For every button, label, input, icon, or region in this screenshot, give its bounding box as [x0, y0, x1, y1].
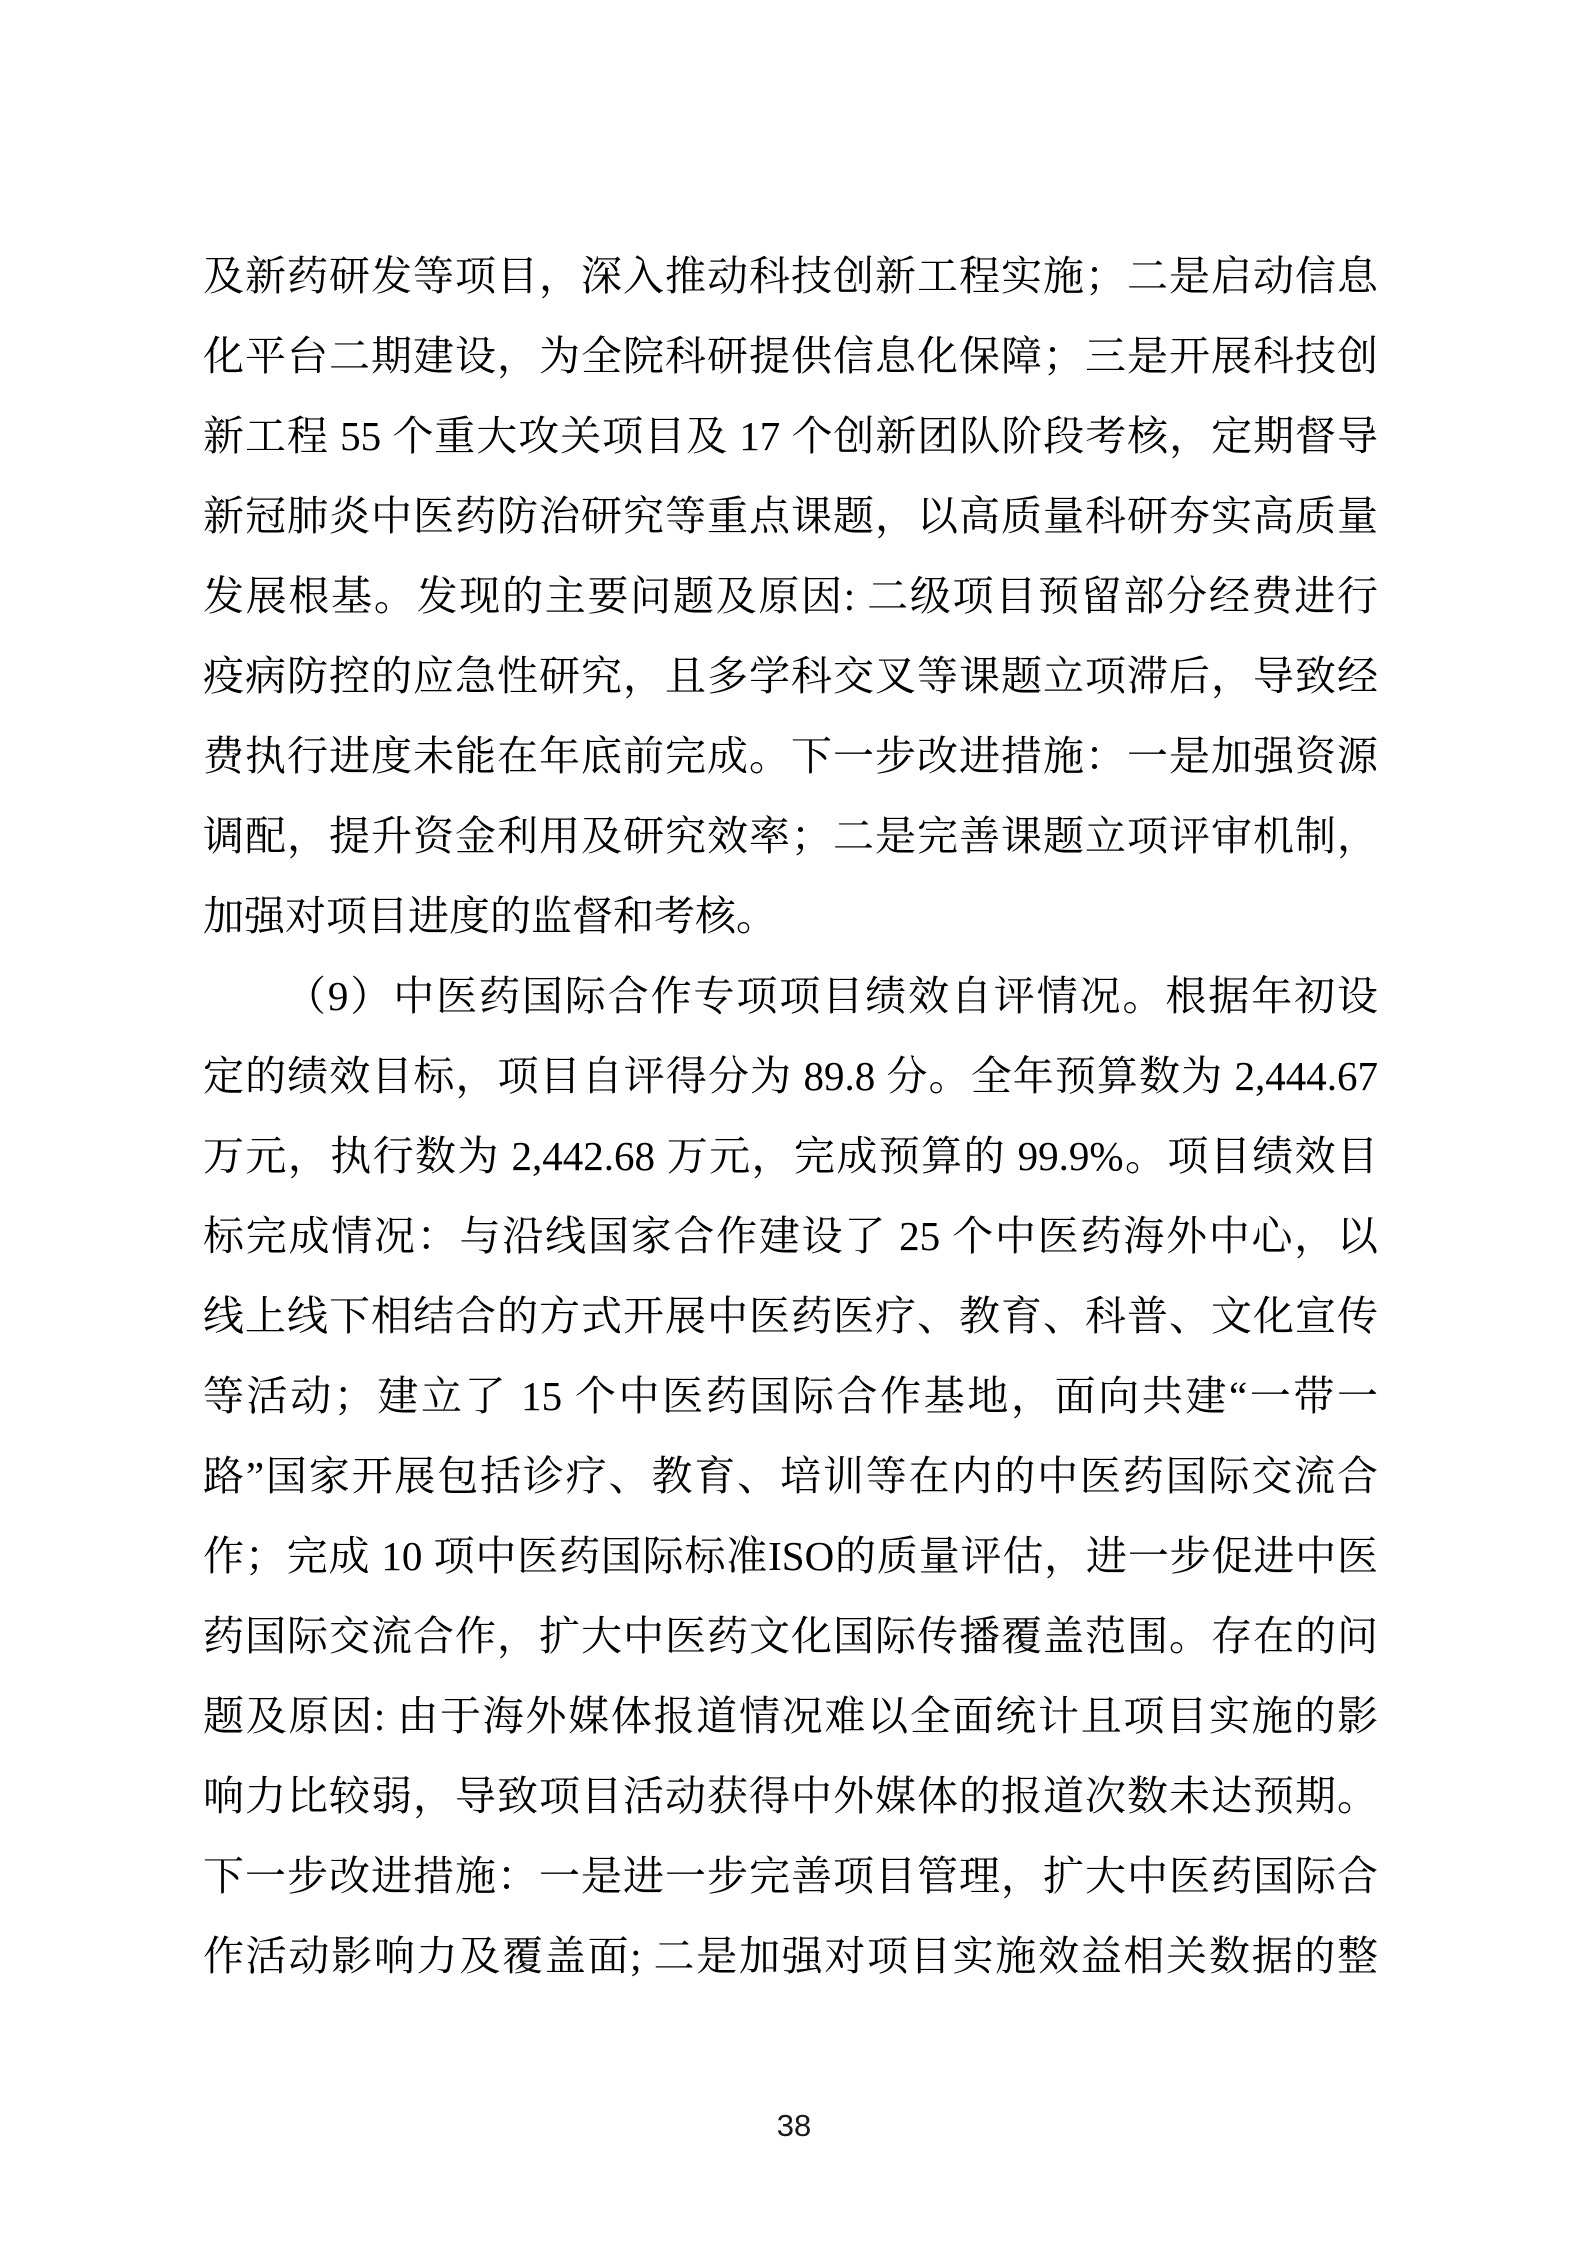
- text-line: 及新药研发等项目，深入推动科技创新工程实施；二是启动信息: [203, 236, 1378, 316]
- text-line: 题及原因: 由于海外媒体报道情况难以全面统计且项目实施的影: [203, 1676, 1378, 1756]
- text-line: 费执行进度未能在年底前完成。下一步改进措施：一是加强资源: [203, 716, 1378, 796]
- text-line: （9）中医药国际合作专项项目绩效自评情况。根据年初设: [203, 956, 1378, 1036]
- paragraph: （9）中医药国际合作专项项目绩效自评情况。根据年初设定的绩效目标，项目自评得分为…: [203, 956, 1378, 1996]
- text-line: 线上线下相结合的方式开展中医药医疗、教育、科普、文化宣传: [203, 1276, 1378, 1356]
- text-line: 等活动；建立了 15 个中医药国际合作基地，面向共建“一带一: [203, 1356, 1378, 1436]
- text-line: 化平台二期建设，为全院科研提供信息化保障；三是开展科技创: [203, 316, 1378, 396]
- text-line: 作；完成 10 项中医药国际标准ISO的质量评估，进一步促进中医: [203, 1516, 1378, 1596]
- page-number: 38: [0, 2106, 1588, 2146]
- text-line: 响力比较弱，导致项目活动获得中外媒体的报道次数未达预期。: [203, 1756, 1378, 1836]
- text-line: 调配，提升资金利用及研究效率；二是完善课题立项评审机制，: [203, 796, 1378, 876]
- text-line: 路”国家开展包括诊疗、教育、培训等在内的中医药国际交流合: [203, 1436, 1378, 1516]
- text-line: 药国际交流合作，扩大中医药文化国际传播覆盖范围。存在的问: [203, 1596, 1378, 1676]
- text-line: 新冠肺炎中医药防治研究等重点课题，以高质量科研夯实高质量: [203, 476, 1378, 556]
- paragraph: 及新药研发等项目，深入推动科技创新工程实施；二是启动信息化平台二期建设，为全院科…: [203, 236, 1378, 956]
- document-page: 及新药研发等项目，深入推动科技创新工程实施；二是启动信息化平台二期建设，为全院科…: [0, 0, 1588, 2245]
- text-block: 及新药研发等项目，深入推动科技创新工程实施；二是启动信息化平台二期建设，为全院科…: [203, 236, 1378, 1996]
- text-line: 下一步改进措施：一是进一步完善项目管理，扩大中医药国际合: [203, 1836, 1378, 1916]
- text-line: 万元，执行数为 2,442.68 万元，完成预算的 99.9%。项目绩效目: [203, 1116, 1378, 1196]
- text-line: 疫病防控的应急性研究，且多学科交叉等课题立项滞后，导致经: [203, 636, 1378, 716]
- text-line: 发展根基。发现的主要问题及原因: 二级项目预留部分经费进行: [203, 556, 1378, 636]
- text-line: 标完成情况：与沿线国家合作建设了 25 个中医药海外中心，以: [203, 1196, 1378, 1276]
- text-line: 加强对项目进度的监督和考核。: [203, 876, 1378, 956]
- text-line: 定的绩效目标，项目自评得分为 89.8 分。全年预算数为 2,444.67: [203, 1036, 1378, 1116]
- text-line: 作活动影响力及覆盖面; 二是加强对项目实施效益相关数据的整: [203, 1916, 1378, 1996]
- text-line: 新工程 55 个重大攻关项目及 17 个创新团队阶段考核，定期督导: [203, 396, 1378, 476]
